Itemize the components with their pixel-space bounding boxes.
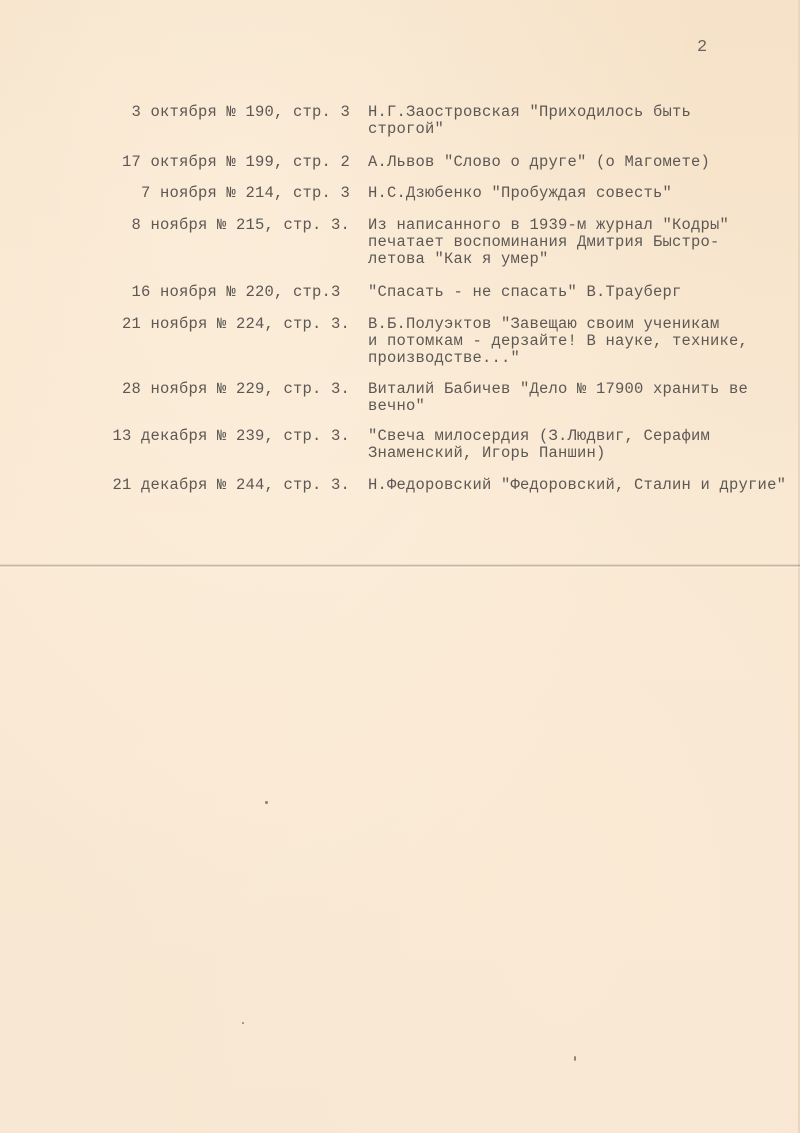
entry-description: Н.Г.Заостровская "Приходилось быть строг… — [368, 104, 798, 138]
entry-description: А.Львов "Слово о друге" (о Магомете) — [368, 154, 798, 171]
paper-speck — [265, 801, 268, 804]
entry-source: 13 декабря № 239, стр. 3. — [112, 428, 350, 445]
paper-speck — [574, 1056, 576, 1061]
entry-source: 7 ноября № 214, стр. 3 — [141, 185, 350, 202]
entry-source: 16 ноября № 220, стр.3 — [131, 284, 350, 301]
page-number: 2 — [697, 38, 707, 57]
entry-source: 28 ноября № 229, стр. 3. — [122, 381, 350, 398]
entry-source: 17 октября № 199, стр. 2 — [122, 154, 350, 171]
entry-source: 21 ноября № 224, стр. 3. — [122, 316, 350, 333]
entry-source: 3 октября № 190, стр. 3 — [131, 104, 350, 121]
entry-source: 21 декабря № 244, стр. 3. — [112, 477, 350, 494]
entry-description: "Свеча милосердия (З.Людвиг, Серафим Зна… — [368, 428, 798, 462]
entry-source: 8 ноября № 215, стр. 3. — [131, 217, 350, 234]
entry-description: "Спасать - не спасать" В.Трауберг — [368, 284, 798, 301]
entry-description: Из написанного в 1939-м журнал "Кодры" п… — [368, 217, 798, 268]
paper-speck — [242, 1022, 244, 1024]
paper-fold-line — [0, 564, 800, 568]
entry-description: Н.Федоровский "Федоровский, Сталин и дру… — [368, 477, 798, 494]
entry-description: Виталий Бабичев "Дело № 17900 хранить ве… — [368, 381, 798, 415]
entry-description: Н.С.Дзюбенко "Пробуждая совесть" — [368, 185, 798, 202]
entry-description: В.Б.Полуэктов "Завещаю своим ученикам и … — [368, 316, 798, 367]
